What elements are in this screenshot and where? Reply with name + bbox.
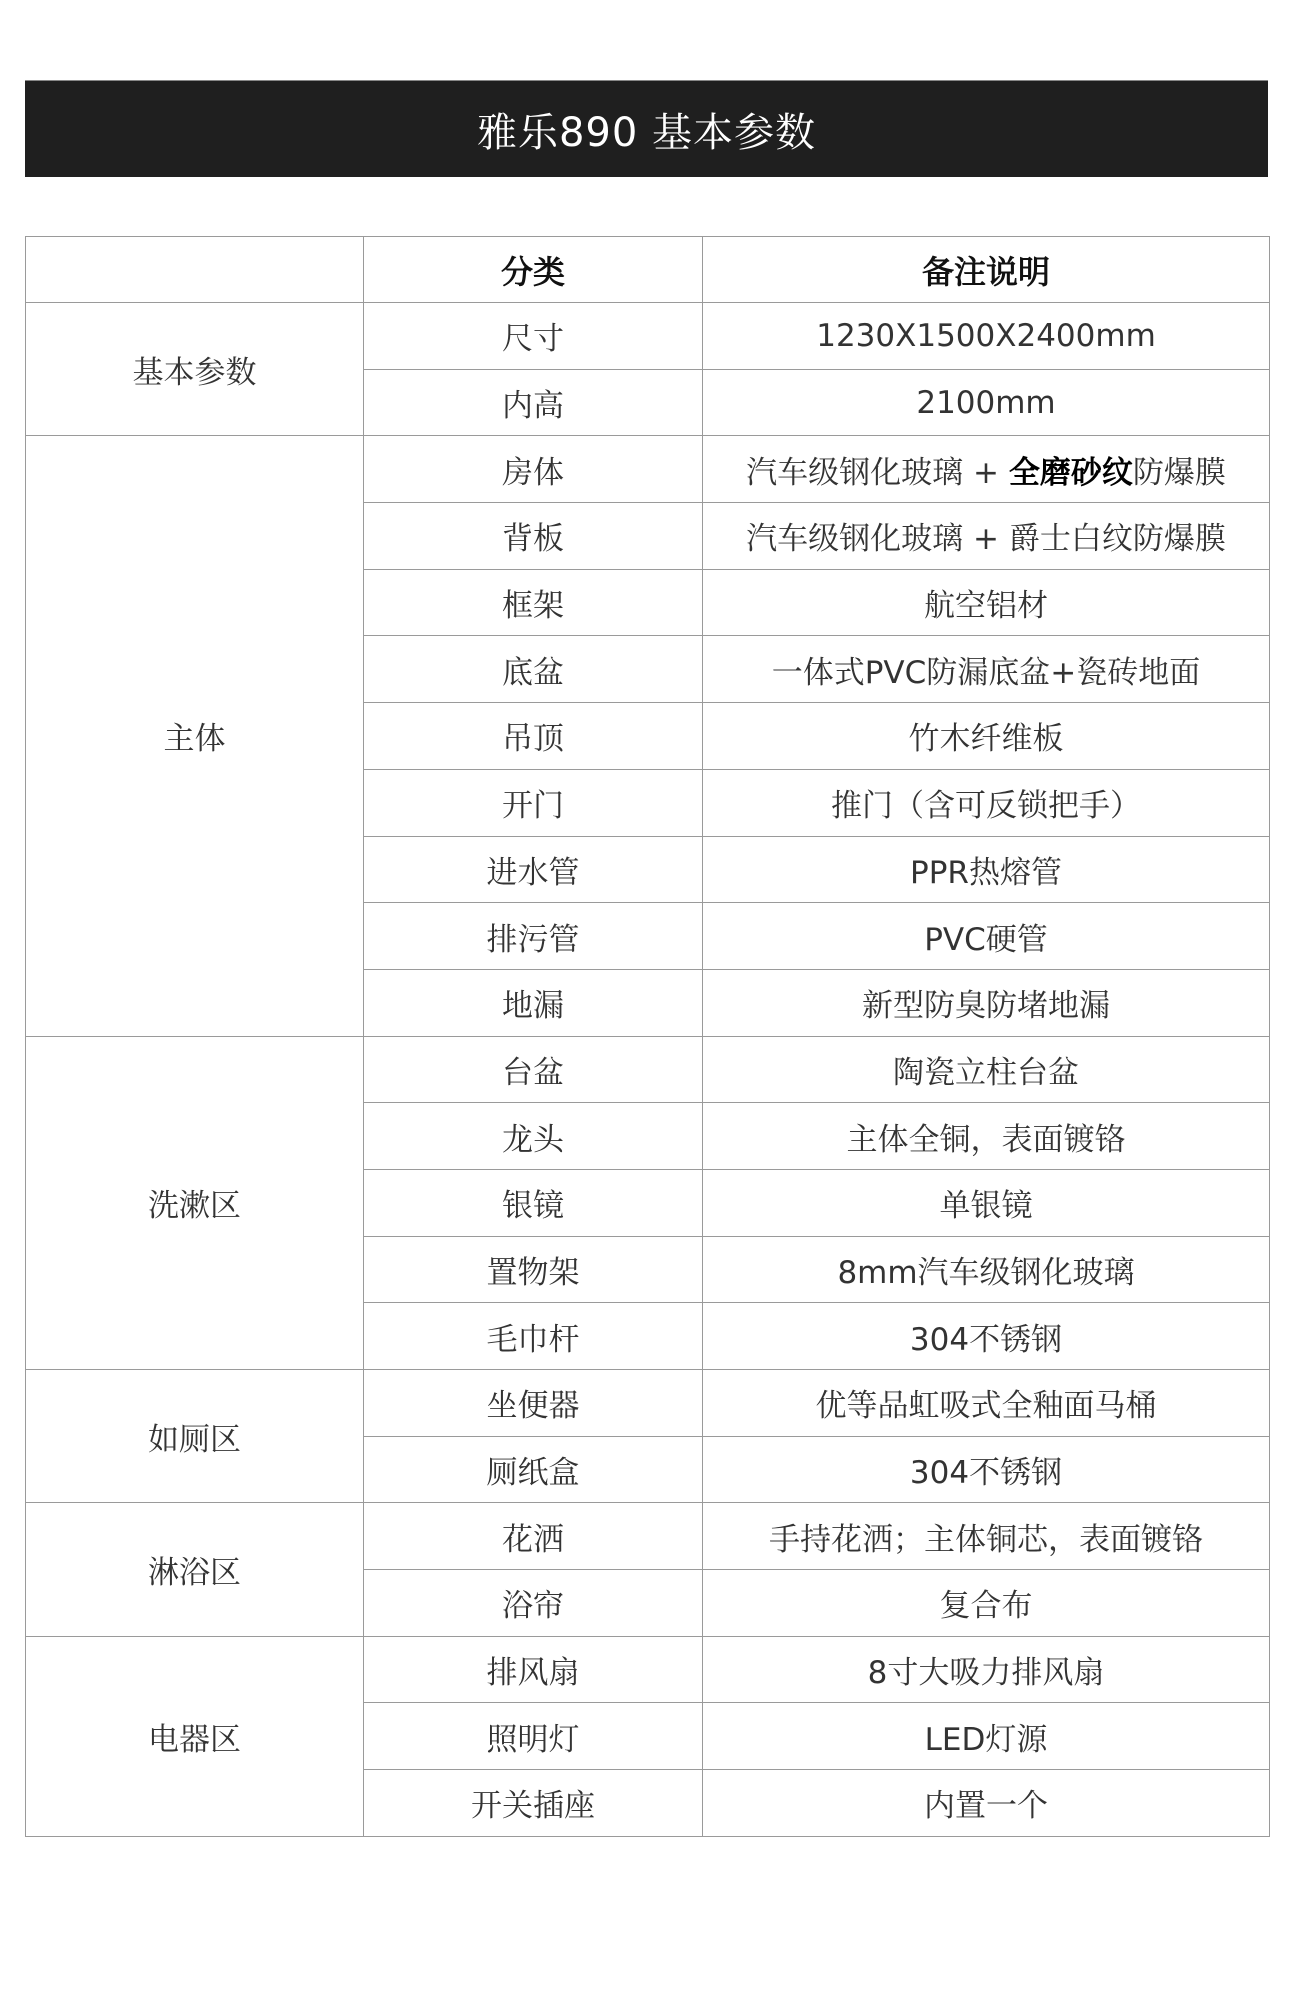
note-cell: LED灯源 xyxy=(703,1703,1270,1770)
table-row: 电器区 排风扇 8寸大吸力排风扇 xyxy=(26,1636,1270,1703)
category-cell: 浴帘 xyxy=(364,1570,703,1637)
group-body: 主体 xyxy=(26,436,364,1036)
note-cell: 8mm汽车级钢化玻璃 xyxy=(703,1236,1270,1303)
note-emphasis: 全磨砂纹 xyxy=(1009,455,1133,491)
category-cell: 吊顶 xyxy=(364,703,703,770)
category-cell: 银镜 xyxy=(364,1169,703,1236)
group-shower: 淋浴区 xyxy=(26,1503,364,1636)
table-row: 如厕区 坐便器 优等品虹吸式全釉面马桶 xyxy=(26,1370,1270,1437)
category-cell: 房体 xyxy=(364,436,703,503)
note-cell: 新型防臭防堵地漏 xyxy=(703,969,1270,1036)
header-category: 分类 xyxy=(364,237,703,303)
group-basic: 基本参数 xyxy=(26,303,364,436)
category-cell: 排风扇 xyxy=(364,1636,703,1703)
note-cell: 陶瓷立柱台盆 xyxy=(703,1036,1270,1103)
category-cell: 尺寸 xyxy=(364,303,703,370)
note-cell: 304不锈钢 xyxy=(703,1436,1270,1503)
note-cell: 汽车级钢化玻璃 + 全磨砂纹防爆膜 xyxy=(703,436,1270,503)
note-cell: 一体式PVC防漏底盆+瓷砖地面 xyxy=(703,636,1270,703)
note-cell: 2100mm xyxy=(703,369,1270,436)
note-cell: PPR热熔管 xyxy=(703,836,1270,903)
note-cell: 复合布 xyxy=(703,1570,1270,1637)
note-cell: 竹木纤维板 xyxy=(703,703,1270,770)
category-cell: 台盆 xyxy=(364,1036,703,1103)
note-cell: 推门（含可反锁把手） xyxy=(703,769,1270,836)
page-title: 雅乐890 基本参数 xyxy=(477,101,816,158)
category-cell: 照明灯 xyxy=(364,1703,703,1770)
category-cell: 开门 xyxy=(364,769,703,836)
note-cell: 手持花洒；主体铜芯，表面镀铬 xyxy=(703,1503,1270,1570)
note-cell: 1230X1500X2400mm xyxy=(703,303,1270,370)
table-row: 基本参数 尺寸 1230X1500X2400mm xyxy=(26,303,1270,370)
category-cell: 龙头 xyxy=(364,1103,703,1170)
note-cell: 单银镜 xyxy=(703,1169,1270,1236)
group-washing: 洗漱区 xyxy=(26,1036,364,1369)
note-cell: 航空铝材 xyxy=(703,569,1270,636)
category-cell: 进水管 xyxy=(364,836,703,903)
note-cell: 优等品虹吸式全釉面马桶 xyxy=(703,1370,1270,1437)
note-cell: 主体全铜，表面镀铬 xyxy=(703,1103,1270,1170)
note-cell: 汽车级钢化玻璃 + 爵士白纹防爆膜 xyxy=(703,503,1270,570)
table-row: 主体 房体 汽车级钢化玻璃 + 全磨砂纹防爆膜 xyxy=(26,436,1270,503)
note-cell: 8寸大吸力排风扇 xyxy=(703,1636,1270,1703)
title-bar: 雅乐890 基本参数 xyxy=(25,80,1268,177)
category-cell: 排污管 xyxy=(364,903,703,970)
category-cell: 开关插座 xyxy=(364,1770,703,1837)
category-cell: 框架 xyxy=(364,569,703,636)
note-text: 防爆膜 xyxy=(1133,455,1226,491)
category-cell: 厕纸盒 xyxy=(364,1436,703,1503)
category-cell: 坐便器 xyxy=(364,1370,703,1437)
table-row: 淋浴区 花洒 手持花洒；主体铜芯，表面镀铬 xyxy=(26,1503,1270,1570)
note-cell: 内置一个 xyxy=(703,1770,1270,1837)
note-cell: PVC硬管 xyxy=(703,903,1270,970)
category-cell: 底盆 xyxy=(364,636,703,703)
category-cell: 背板 xyxy=(364,503,703,570)
table-header-row: 分类 备注说明 xyxy=(26,237,1270,303)
group-electrical: 电器区 xyxy=(26,1636,364,1836)
note-text: 汽车级钢化玻璃 + xyxy=(746,455,1009,491)
group-toilet: 如厕区 xyxy=(26,1370,364,1503)
table-row: 洗漱区 台盆 陶瓷立柱台盆 xyxy=(26,1036,1270,1103)
category-cell: 地漏 xyxy=(364,969,703,1036)
note-cell: 304不锈钢 xyxy=(703,1303,1270,1370)
category-cell: 花洒 xyxy=(364,1503,703,1570)
header-group xyxy=(26,237,364,303)
category-cell: 置物架 xyxy=(364,1236,703,1303)
header-note: 备注说明 xyxy=(703,237,1270,303)
spec-table: 分类 备注说明 基本参数 尺寸 1230X1500X2400mm 内高 2100… xyxy=(25,236,1270,1837)
category-cell: 毛巾杆 xyxy=(364,1303,703,1370)
category-cell: 内高 xyxy=(364,369,703,436)
